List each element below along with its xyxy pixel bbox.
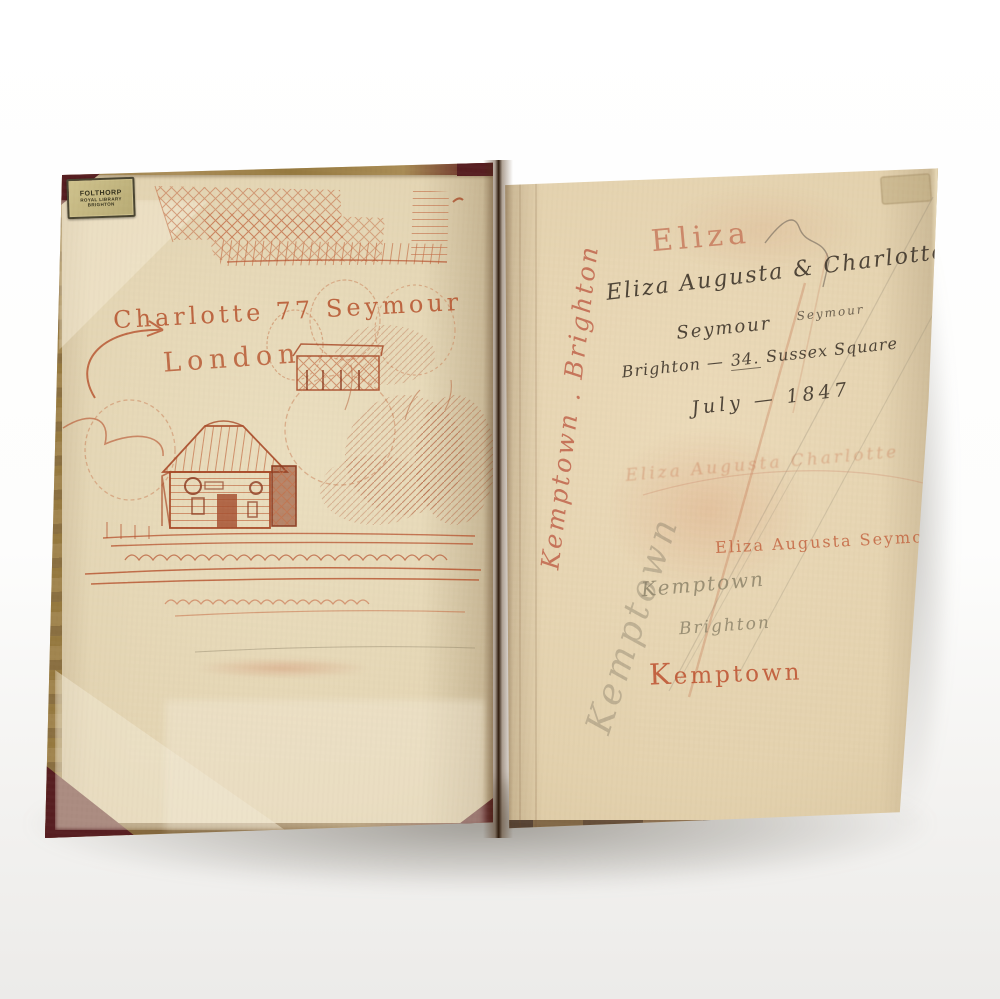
library-label: FOLTHORP ROYAL LIBRARY BRIGHTON	[66, 177, 135, 219]
photo-scene: FOLTHORP ROYAL LIBRARY BRIGHTON Charlott…	[0, 0, 1000, 999]
cottage-sketch	[85, 365, 493, 652]
chalk-inscription-kemptown: Kemptown	[648, 654, 802, 691]
library-label-line3: BRIGHTON	[88, 201, 115, 207]
ink-address-number: 34.	[729, 348, 761, 371]
bracket-flourish	[63, 418, 163, 456]
left-page: FOLTHORP ROYAL LIBRARY BRIGHTON Charlott…	[45, 160, 493, 840]
red-chalk-sketch	[45, 160, 493, 840]
hatching-practice-sketch	[155, 186, 449, 266]
book-gutter	[483, 160, 513, 838]
right-page: Kemptown . Brighton Eliza Eliza Augusta …	[493, 165, 943, 835]
